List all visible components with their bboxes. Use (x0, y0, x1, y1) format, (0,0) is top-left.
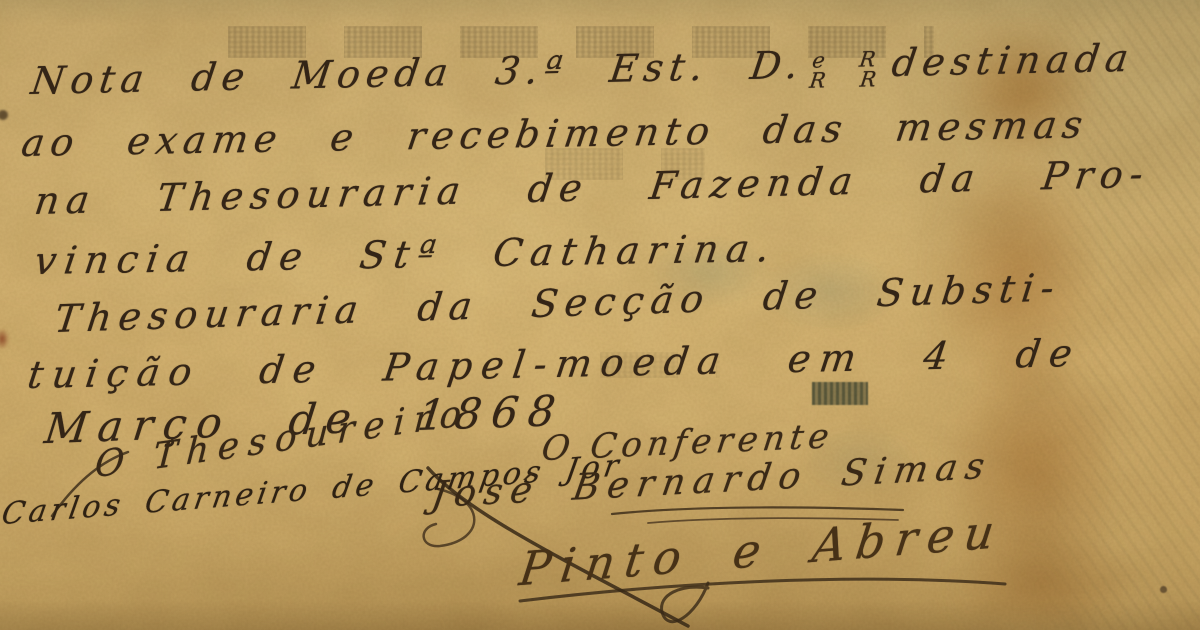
bottom-edge-shade (0, 600, 1200, 630)
ink-speck (0, 110, 8, 120)
top-edge-shade (0, 0, 1200, 26)
red-speck (0, 325, 13, 353)
manuscript-line-1-stamp-refs: e RR R (808, 50, 882, 91)
stamp-ref-lower: R R (808, 70, 879, 91)
banknote-verso: Nota de Moeda 3.ª Est. D.e RR Rdestinada… (0, 0, 1200, 630)
manuscript-line-1-continued: destinada (889, 36, 1137, 85)
manuscript-line-1-text: Nota de Moeda 3.ª Est. D. (28, 43, 806, 103)
ink-speck (1160, 586, 1167, 593)
